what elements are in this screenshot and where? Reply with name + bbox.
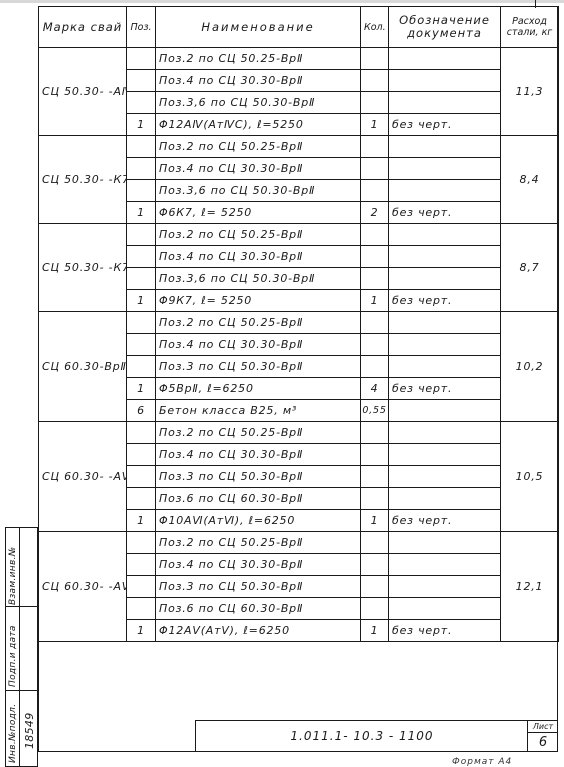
header-mark: Марка свай xyxy=(39,7,127,48)
row-name: Поз.3 по СЦ 50.30-ВрⅡ xyxy=(156,466,361,488)
row-position xyxy=(127,334,156,356)
row-document xyxy=(389,466,501,488)
row-position xyxy=(127,158,156,180)
row-position xyxy=(127,488,156,510)
row-document xyxy=(389,400,501,422)
row-name: Поз.4 по СЦ 30.30-ВрⅡ xyxy=(156,246,361,268)
row-position: 1 xyxy=(127,202,156,224)
row-position xyxy=(127,92,156,114)
row-quantity: 2 xyxy=(361,202,389,224)
row-quantity xyxy=(361,356,389,378)
header-pos: Поз. xyxy=(127,7,156,48)
row-quantity: 1 xyxy=(361,510,389,532)
row-position: 1 xyxy=(127,620,156,642)
table-row: СЦ 50.30- -К7-2Поз.2 по СЦ 50.25-ВрⅡ8,7 xyxy=(39,224,559,246)
row-document: без черт. xyxy=(389,510,501,532)
scan-top-edge xyxy=(0,0,564,3)
row-name: Поз.4 по СЦ 30.30-ВрⅡ xyxy=(156,158,361,180)
row-name: Поз.6 по СЦ 60.30-ВрⅡ xyxy=(156,488,361,510)
table-row: СЦ 60.30- -АⅥ(АтⅥ)Поз.2 по СЦ 50.25-ВрⅡ1… xyxy=(39,422,559,444)
row-quantity xyxy=(361,554,389,576)
row-quantity xyxy=(361,48,389,70)
row-document xyxy=(389,268,501,290)
table-row: СЦ 50.30- -К7-1Поз.2 по СЦ 50.25-ВрⅡ8,4 xyxy=(39,136,559,158)
row-position xyxy=(127,70,156,92)
row-position xyxy=(127,576,156,598)
row-document xyxy=(389,356,501,378)
row-document: без черт. xyxy=(389,290,501,312)
header-name: Наименование xyxy=(156,7,361,48)
specification-table: Марка свай Поз. Наименование Кол. Обозна… xyxy=(38,6,559,642)
row-name: Поз.3,6 по СЦ 50.30-ВрⅡ xyxy=(156,268,361,290)
row-document xyxy=(389,70,501,92)
row-quantity xyxy=(361,312,389,334)
row-name: Поз.2 по СЦ 50.25-ВрⅡ xyxy=(156,312,361,334)
table-row: СЦ 50.30- -АⅣ(АтⅣС)Поз.2 по СЦ 50.25-ВрⅡ… xyxy=(39,48,559,70)
row-document xyxy=(389,488,501,510)
pile-mark: СЦ 50.30- -АⅣ(АтⅣС) xyxy=(39,48,127,136)
row-quantity: 1 xyxy=(361,114,389,136)
row-name: Поз.4 по СЦ 30.30-ВрⅡ xyxy=(156,554,361,576)
row-position xyxy=(127,268,156,290)
pile-mark: СЦ 50.30- -К7-2 xyxy=(39,224,127,312)
row-document: без черт. xyxy=(389,202,501,224)
row-position xyxy=(127,532,156,554)
row-document xyxy=(389,532,501,554)
row-position xyxy=(127,422,156,444)
row-quantity xyxy=(361,158,389,180)
stamp-inv-number: 18549 xyxy=(23,713,36,750)
stamp-label-signature: Подп.и дата xyxy=(8,625,18,687)
header-mass: Расход стали, кг xyxy=(501,7,559,48)
row-quantity: 1 xyxy=(361,620,389,642)
row-name: Φ5ВрⅡ, ℓ=6250 xyxy=(156,378,361,400)
table-row: СЦ 60.30- -АⅤ(АтⅤ)Поз.2 по СЦ 50.25-ВрⅡ1… xyxy=(39,532,559,554)
stamp-value-replaced-inv xyxy=(19,527,38,607)
row-document xyxy=(389,92,501,114)
row-name: Поз.3 по СЦ 50.30-ВрⅡ xyxy=(156,576,361,598)
stamp-value-signature xyxy=(19,606,38,691)
row-position: 1 xyxy=(127,290,156,312)
row-position xyxy=(127,180,156,202)
row-position xyxy=(127,48,156,70)
table-row: СЦ 60.30-ВрⅡПоз.2 по СЦ 50.25-ВрⅡ10,2 xyxy=(39,312,559,334)
sheet-box: Лист 6 xyxy=(527,721,558,752)
row-document xyxy=(389,246,501,268)
row-quantity xyxy=(361,532,389,554)
row-name: Поз.3,6 по СЦ 50.30-ВрⅡ xyxy=(156,92,361,114)
row-quantity xyxy=(361,70,389,92)
margin-stamp: Взам.инв.№ Подп.и дата Инв.№подл. 18549 xyxy=(5,527,38,767)
row-position xyxy=(127,356,156,378)
row-document: без черт. xyxy=(389,378,501,400)
row-position xyxy=(127,444,156,466)
row-position xyxy=(127,224,156,246)
row-name: Поз.2 по СЦ 50.25-ВрⅡ xyxy=(156,532,361,554)
row-name: Φ12АⅣ(АтⅣС), ℓ=5250 xyxy=(156,114,361,136)
pile-mark: СЦ 50.30- -К7-1 xyxy=(39,136,127,224)
row-quantity xyxy=(361,334,389,356)
row-position: 6 xyxy=(127,400,156,422)
row-position xyxy=(127,554,156,576)
header-doc: Обозначение документа xyxy=(389,7,501,48)
row-name: Φ9К7, ℓ= 5250 xyxy=(156,290,361,312)
row-document xyxy=(389,598,501,620)
row-quantity xyxy=(361,444,389,466)
row-position xyxy=(127,136,156,158)
row-document xyxy=(389,312,501,334)
row-quantity xyxy=(361,136,389,158)
row-position xyxy=(127,598,156,620)
pile-mark: СЦ 60.30- -АⅤ(АтⅤ) xyxy=(39,532,127,642)
row-quantity xyxy=(361,422,389,444)
row-document xyxy=(389,158,501,180)
pile-mark: СЦ 60.30-ВрⅡ xyxy=(39,312,127,422)
stamp-label-replaced-inv: Взам.инв.№ xyxy=(8,547,18,605)
sheet-number: 6 xyxy=(528,733,558,752)
row-name: Поз.2 по СЦ 50.25-ВрⅡ xyxy=(156,422,361,444)
row-quantity xyxy=(361,598,389,620)
row-name: Поз.3 по СЦ 50.30-ВрⅡ xyxy=(156,356,361,378)
row-position: 1 xyxy=(127,378,156,400)
row-document: без черт. xyxy=(389,114,501,136)
row-quantity: 0,55 xyxy=(361,400,389,422)
row-name: Φ6К7, ℓ= 5250 xyxy=(156,202,361,224)
steel-consumption: 10,5 xyxy=(501,422,559,532)
row-quantity xyxy=(361,466,389,488)
row-quantity: 1 xyxy=(361,290,389,312)
row-name: Поз.4 по СЦ 30.30-ВрⅡ xyxy=(156,70,361,92)
row-document xyxy=(389,576,501,598)
row-document xyxy=(389,48,501,70)
steel-consumption: 10,2 xyxy=(501,312,559,422)
steel-consumption: 12,1 xyxy=(501,532,559,642)
row-quantity xyxy=(361,224,389,246)
row-quantity xyxy=(361,180,389,202)
pile-mark: СЦ 60.30- -АⅥ(АтⅥ) xyxy=(39,422,127,532)
row-document xyxy=(389,422,501,444)
header-qty: Кол. xyxy=(361,7,389,48)
title-block: 1.011.1- 10.3 - 1100 Лист 6 xyxy=(195,720,558,752)
steel-consumption: 11,3 xyxy=(501,48,559,136)
row-position: 1 xyxy=(127,114,156,136)
stamp-label-orig-inv: Инв.№подл. xyxy=(8,704,18,763)
row-quantity xyxy=(361,488,389,510)
row-quantity xyxy=(361,576,389,598)
row-name: Φ10АⅥ(АтⅥ), ℓ=6250 xyxy=(156,510,361,532)
row-document xyxy=(389,180,501,202)
format-label: Формат А4 xyxy=(452,757,512,767)
table-header-row: Марка свай Поз. Наименование Кол. Обозна… xyxy=(39,7,559,48)
document-code: 1.011.1- 10.3 - 1100 xyxy=(196,721,528,752)
row-quantity: 4 xyxy=(361,378,389,400)
table-body: СЦ 50.30- -АⅣ(АтⅣС)Поз.2 по СЦ 50.25-ВрⅡ… xyxy=(39,48,559,642)
row-position xyxy=(127,246,156,268)
row-quantity xyxy=(361,92,389,114)
row-document: без черт. xyxy=(389,620,501,642)
row-name: Поз.2 по СЦ 50.25-ВрⅡ xyxy=(156,136,361,158)
row-document xyxy=(389,334,501,356)
row-quantity xyxy=(361,268,389,290)
sheet-label: Лист xyxy=(528,721,558,733)
row-document xyxy=(389,554,501,576)
steel-consumption: 8,7 xyxy=(501,224,559,312)
row-name: Поз.2 по СЦ 50.25-ВрⅡ xyxy=(156,224,361,246)
row-document xyxy=(389,136,501,158)
row-name: Поз.2 по СЦ 50.25-ВрⅡ xyxy=(156,48,361,70)
row-position xyxy=(127,312,156,334)
row-name: Поз.3,6 по СЦ 50.30-ВрⅡ xyxy=(156,180,361,202)
row-document xyxy=(389,444,501,466)
row-name: Поз.4 по СЦ 30.30-ВрⅡ xyxy=(156,444,361,466)
row-position: 1 xyxy=(127,510,156,532)
row-quantity xyxy=(361,246,389,268)
row-name: Поз.4 по СЦ 30.30-ВрⅡ xyxy=(156,334,361,356)
row-name: Φ12АⅤ(АтⅤ), ℓ=6250 xyxy=(156,620,361,642)
steel-consumption: 8,4 xyxy=(501,136,559,224)
row-name: Поз.6 по СЦ 60.30-ВрⅡ xyxy=(156,598,361,620)
row-position xyxy=(127,466,156,488)
row-name: Бетон класса В25, м³ xyxy=(156,400,361,422)
row-document xyxy=(389,224,501,246)
